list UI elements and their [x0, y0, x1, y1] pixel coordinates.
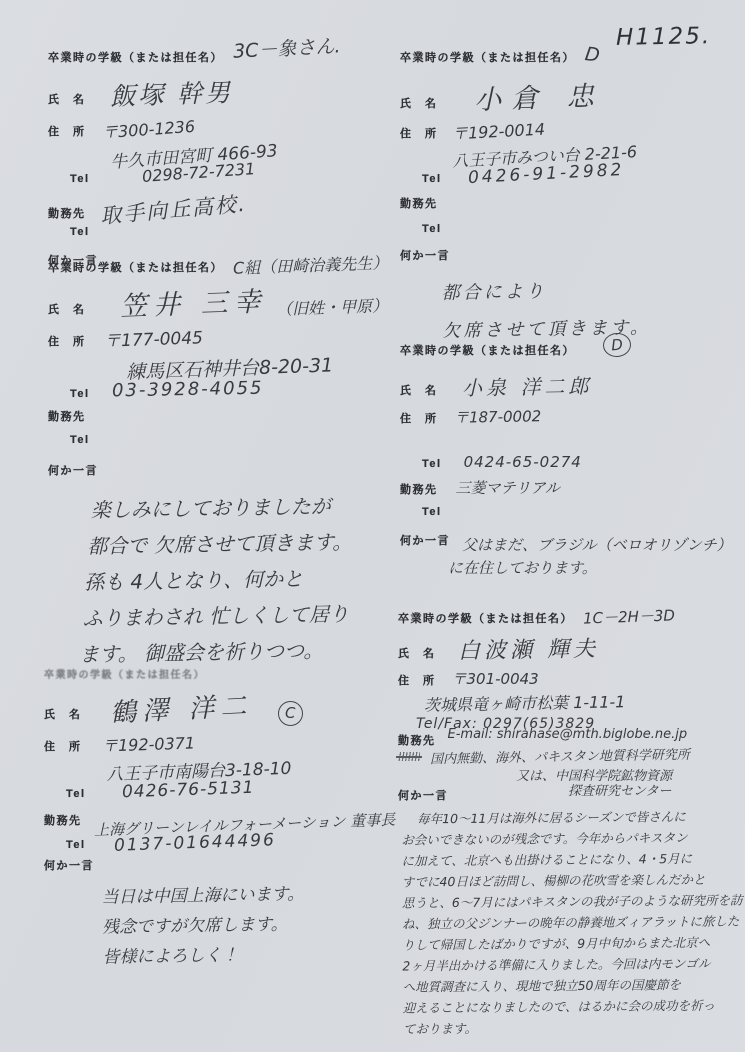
- handwritten-workplace: 取手向丘高校.: [98, 188, 247, 231]
- comment-label: 何か一言: [400, 532, 450, 548]
- handwritten-postal: 〒187-0002: [453, 405, 541, 428]
- handwritten-name: 小倉 忠: [473, 74, 604, 117]
- handwritten-tel: 0424-65-0274: [464, 453, 582, 471]
- handwritten-name: 笠井 三幸: [119, 279, 267, 323]
- class-label: 卒業時の学級（または担任名）: [48, 49, 223, 65]
- address-label: 住 所: [48, 333, 86, 349]
- address-label: 住 所: [400, 125, 438, 141]
- comment-line: ふりまわされ 忙しくして居り: [82, 596, 353, 637]
- comment-line: お会いできないのが残念です。今年からパキスタン: [401, 827, 742, 851]
- name-label: 氏 名: [400, 95, 438, 111]
- tel-label-2: Tel: [422, 223, 442, 235]
- tel-label: Tel: [70, 173, 90, 185]
- comment-line: へ地質調査に入り、現地で独立50周年の国慶節を: [402, 974, 743, 998]
- handwritten-comment-line: 父はまだ、ブラジル（ベロオリゾンチ）: [462, 534, 732, 555]
- entry-koizumi: 卒業時の学級（または担任名） D 氏 名 小泉 洋二郎 住 所 〒187-000…: [400, 337, 742, 578]
- class-label: 卒業時の学級（または担任名）: [400, 342, 575, 358]
- class-label: 卒業時の学級（または担任名）: [48, 259, 223, 275]
- handwritten-class: 3C－象さん.: [232, 31, 341, 64]
- tel-label: Tel: [70, 388, 90, 400]
- workplace-label: 勤務先: [44, 812, 82, 828]
- handwritten-comment: 毎年10～11月は海外に居るシーズンで皆さんに お会いできないのが残念です。今年…: [401, 806, 744, 1040]
- class-label: 卒業時の学級（または担任名）: [44, 666, 205, 681]
- comment-label: 何か一言: [44, 857, 94, 873]
- entry-ogura: 卒業時の学級（または担任名） D 氏 名 小倉 忠 住 所 〒192-0014 …: [400, 44, 742, 349]
- comment-line: 残念ですが欠席します。: [102, 909, 305, 943]
- handwritten-name: 鶴澤 洋二: [109, 685, 253, 729]
- comment-line: 2ヶ月半出かける準備に入りました。今回は内モンゴル: [402, 953, 743, 977]
- comment-label: 何か一言: [48, 462, 98, 478]
- comment-line: 都合で 欠席させて頂きます。: [87, 524, 352, 565]
- comment-label: 何か一言: [400, 247, 450, 263]
- handwritten-tel: 03-3928-4055: [111, 378, 263, 402]
- tel-label: Tel: [422, 458, 442, 470]
- scanned-form-page: H1125. 卒業時の学級（または担任名） 3C－象さん. 氏 名 飯塚 幹男 …: [0, 0, 745, 1052]
- handwritten-name: 小泉 洋二郎: [461, 370, 592, 401]
- handwritten-name: 飯塚 幹男: [109, 73, 233, 113]
- comment-line: 思うと、6～7月にはパキスタンの我が子のような研究所を訪: [402, 890, 743, 914]
- tel-label-2: Tel: [70, 434, 90, 446]
- workplace-label: 勤務先: [400, 481, 438, 497]
- workplace-label: 勤務先: [398, 732, 436, 748]
- address-label: 住 所: [44, 738, 82, 754]
- handwritten-tel: 0426-76-5131: [121, 778, 254, 803]
- handwritten-workplace-line: 探査研究センター: [568, 780, 671, 799]
- entry-kasai: 卒業時の学級（または担任名） C組（田崎治義先生） 氏 名 笠井 三幸 （旧姓・…: [48, 253, 398, 670]
- handwritten-postal: 〒301-0043: [452, 668, 539, 689]
- comment-line: に加えて、北京へも出掛けることになり、4・5月に: [401, 848, 742, 872]
- comment-line: りして帰国したばかりですが、9月中旬からまた北京へ: [402, 932, 743, 956]
- address-label: 住 所: [398, 672, 436, 688]
- workplace-label: 勤務先: [400, 195, 438, 211]
- comment-line: 楽しみにしておりましたが: [90, 488, 351, 529]
- class-c-badge: C: [278, 701, 303, 726]
- name-label: 氏 名: [398, 645, 436, 661]
- handwritten-workplace-line: 国内無勤、海外、パキスタン地質科学研究所: [430, 744, 690, 768]
- handwritten-class: C組（田崎治義先生）: [233, 250, 389, 278]
- comment-label: 何か一言: [398, 787, 448, 803]
- tel-label-2: Tel: [66, 839, 86, 851]
- address-label: 住 所: [400, 410, 438, 426]
- class-d-badge: D: [602, 332, 632, 358]
- handwritten-address: 茨城県竜ヶ崎市松葉 1-11-1: [424, 689, 626, 716]
- name-label: 氏 名: [400, 382, 438, 398]
- comment-line: ね、独立の父ジンナーの晩年の静養地ズィアラットに旅した: [402, 911, 743, 935]
- entry-iizuka: 卒業時の学級（または担任名） 3C－象さん. 氏 名 飯塚 幹男 住 所 〒30…: [48, 40, 398, 268]
- workplace-label: 勤務先: [48, 408, 86, 424]
- class-label: 卒業時の学級（または担任名）: [398, 610, 573, 626]
- handwritten-class: D: [584, 43, 602, 67]
- comment-line: 都合により: [441, 271, 650, 313]
- handwritten-comment: 当日は中国上海にいます。 残念ですが欠席します。 皆様によろしく！: [101, 879, 305, 973]
- tel-label: Tel: [422, 173, 442, 185]
- address-label: 住 所: [48, 123, 86, 139]
- entry-shirahase: 卒業時の学級（または担任名） 1C－2H－3D 氏 名 白波瀬 輝夫 住 所 〒…: [398, 606, 745, 1038]
- entry-tsurusawa: 卒業時の学級（または担任名） 氏 名 鶴澤 洋二 C 住 所 〒192-0371…: [44, 666, 396, 971]
- tel-label-2: Tel: [422, 506, 442, 518]
- comment-line: 毎年10～11月は海外に居るシーズンで皆さんに: [417, 806, 742, 830]
- comment-line: すでに40日ほど訪問し、楊柳の花吹雪を楽しんだかと: [402, 869, 743, 893]
- class-label: 卒業時の学級（または担任名）: [400, 49, 575, 65]
- handwritten-class: 1C－2H－3D: [583, 604, 676, 628]
- name-label: 氏 名: [48, 91, 86, 107]
- handwritten-postal: 〒192-0014: [451, 117, 545, 145]
- handwritten-workplace-tel: 0137-01644496: [113, 830, 276, 856]
- handwritten-comment-line: に在住しております。: [448, 557, 597, 578]
- comment-line: 皆様によろしく！: [102, 939, 305, 973]
- handwritten-email: E-mail: shirahase@mth.biglobe.ne.jp: [448, 727, 688, 742]
- handwritten-name-note: （旧姓・甲原）: [276, 293, 389, 320]
- handwritten-postal: 〒300-1236: [101, 114, 195, 143]
- handwritten-comment: 楽しみにしておりましたが 都合で 欠席させて頂きます。 孫も 4人となり、何かと…: [90, 488, 354, 673]
- comment-line: 迎えることになりましたので、はるかに会の成功を祈っ: [403, 995, 744, 1019]
- workplace-label: 勤務先: [48, 205, 86, 221]
- crossed-out-scribble: [398, 752, 420, 761]
- handwritten-postal: 〒177-0045: [103, 323, 203, 351]
- comment-line: ております。: [403, 1016, 744, 1040]
- handwritten-postal: 〒192-0371: [101, 730, 195, 756]
- name-label: 氏 名: [44, 706, 82, 722]
- handwritten-workplace: 三菱マテリアル: [456, 477, 560, 498]
- comment-line: 当日は中国上海にいます。: [101, 879, 304, 913]
- tel-label: Tel: [66, 788, 86, 800]
- comment-line: 孫も 4人となり、何かと: [84, 560, 353, 601]
- name-label: 氏 名: [48, 301, 86, 317]
- tel-label-2: Tel: [70, 226, 90, 238]
- handwritten-name: 白波瀬 輝夫: [457, 632, 599, 665]
